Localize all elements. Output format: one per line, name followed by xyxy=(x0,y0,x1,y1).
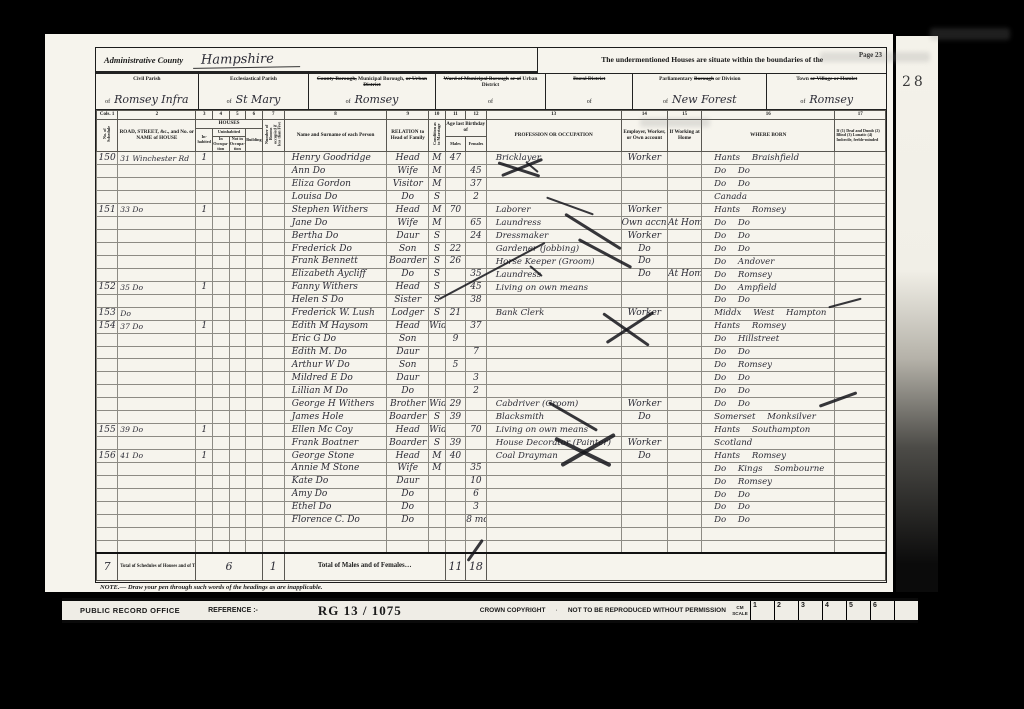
cell-house xyxy=(118,294,196,307)
cell-condition: S xyxy=(429,268,446,281)
column-number-10: 10 xyxy=(429,111,446,120)
cell-house xyxy=(118,501,196,514)
cell-age_m: 47 xyxy=(445,152,466,165)
cell-schedule xyxy=(97,385,118,398)
cell-born: Do Do xyxy=(702,178,835,191)
cell-age_m: 39 xyxy=(445,411,466,424)
cell-infirmity xyxy=(835,514,886,527)
cell-born: Do Do xyxy=(702,488,835,501)
column-number-5: 5 xyxy=(229,111,246,120)
cell-house xyxy=(118,191,196,204)
cell-age_f xyxy=(466,437,487,450)
cell-infirmity xyxy=(835,243,886,256)
cell-name: Ethel Do xyxy=(284,501,387,514)
cell-age_f: 37 xyxy=(466,178,487,191)
cell-name: Mildred E Do xyxy=(284,372,387,385)
census-row: Arthur W DoSon5Do Romsey xyxy=(97,359,886,372)
col-age-group: Age last Birthday of xyxy=(445,120,486,137)
cell-employer xyxy=(621,359,668,372)
cell-age_m: 29 xyxy=(445,398,466,411)
cell-rooms xyxy=(262,385,284,398)
cell-infirmity xyxy=(835,411,886,424)
cell-building xyxy=(246,178,263,191)
cell-inhabited: 1 xyxy=(196,281,213,294)
cell-house: 35 Do xyxy=(118,281,196,294)
cell-age_m: 9 xyxy=(445,333,466,346)
cell-occupation xyxy=(486,488,621,501)
cell-occupation: Blacksmith xyxy=(486,411,621,424)
cell-employer xyxy=(621,488,668,501)
cell-rooms xyxy=(262,243,284,256)
situate-text: The undermentioned Houses are situate wi… xyxy=(601,55,823,64)
cell-house xyxy=(118,346,196,359)
cm-scale-tick-empty xyxy=(894,601,918,620)
cell-age_m xyxy=(445,462,466,475)
cell-infirmity xyxy=(835,320,886,333)
cell-name: Florence C. Do xyxy=(284,514,387,527)
cell-not_in_occ xyxy=(229,268,246,281)
cell-house: Do xyxy=(118,307,196,320)
cell-employer: Do xyxy=(621,411,668,424)
col-schedule-no: No. of Schedule xyxy=(97,120,118,152)
census-row xyxy=(97,540,886,553)
cell-born: Do Do xyxy=(702,230,835,243)
census-row: Ethel DoDo3Do Do xyxy=(97,501,886,514)
cell-occupation xyxy=(486,462,621,475)
cell-relation: Boarder xyxy=(387,411,429,424)
cell-age_f xyxy=(466,307,487,320)
cell-age_f xyxy=(466,204,487,217)
cell-condition: Wid xyxy=(429,424,446,437)
cell-building xyxy=(246,165,263,178)
column-number-3: 3 xyxy=(196,111,213,120)
of-prefix: of xyxy=(663,99,668,105)
cell-at_home xyxy=(668,424,702,437)
cell-relation: Wife xyxy=(387,462,429,475)
cell-born: Do Andover xyxy=(702,255,835,268)
census-row: 15235 Do1Fanny WithersHeadS45Living on o… xyxy=(97,281,886,294)
cell-relation: Head xyxy=(387,450,429,463)
cell-house xyxy=(118,243,196,256)
cell-in_occ xyxy=(212,475,229,488)
cell-relation: Son xyxy=(387,243,429,256)
cell-house xyxy=(118,268,196,281)
of-prefix: of xyxy=(346,99,351,105)
cell-name: Ann Do xyxy=(284,165,387,178)
cell-inhabited xyxy=(196,359,213,372)
cell-age_f: 70 xyxy=(466,424,487,437)
cell-relation: Head xyxy=(387,204,429,217)
cell-rooms xyxy=(262,488,284,501)
cell-infirmity xyxy=(835,230,886,243)
cell-born xyxy=(702,540,835,553)
census-row: 15437 Do1Edith M HaysomHeadWid37Hants Ro… xyxy=(97,320,886,333)
cell-infirmity xyxy=(835,372,886,385)
cell-in_occ xyxy=(212,514,229,527)
cell-age_f xyxy=(466,359,487,372)
census-row: Mildred E DoDaur3Do Do xyxy=(97,372,886,385)
cell-inhabited xyxy=(196,475,213,488)
census-table: Cols. 1234567891011121314151617 No. of S… xyxy=(96,110,886,581)
cell-infirmity xyxy=(835,462,886,475)
census-row: Edith M. DoDaur7Do Do xyxy=(97,346,886,359)
cell-name: James Hole xyxy=(284,411,387,424)
margin-stamp: 28 xyxy=(902,74,926,90)
cell-employer xyxy=(621,294,668,307)
parish-section-handwriting: Romsey xyxy=(355,93,399,106)
cell-employer: Do xyxy=(621,243,668,256)
parish-section-label: Parliamentary Borough or Division xyxy=(633,74,766,82)
cell-condition: S xyxy=(429,230,446,243)
cell-inhabited xyxy=(196,437,213,450)
cell-in_occ xyxy=(212,204,229,217)
cell-born: Hants Romsey xyxy=(702,320,835,333)
cell-not_in_occ xyxy=(229,372,246,385)
cell-building xyxy=(246,217,263,230)
col-road: ROAD, STREET, &c., and No. or NAME of HO… xyxy=(118,120,196,152)
cell-relation: Do xyxy=(387,488,429,501)
cell-building xyxy=(246,514,263,527)
cell-relation: Head xyxy=(387,152,429,165)
cell-building xyxy=(246,488,263,501)
enumeration-form: Administrative County Hampshire The unde… xyxy=(95,47,887,583)
cell-age_m xyxy=(445,514,466,527)
parish-section-label: County Borough, Municipal Borough, or Ur… xyxy=(309,74,434,89)
cell-name: Louisa Do xyxy=(284,191,387,204)
cell-born: Do Do xyxy=(702,514,835,527)
cell-relation: Daur xyxy=(387,372,429,385)
cell-not_in_occ xyxy=(229,488,246,501)
cell-age_f: 65 xyxy=(466,217,487,230)
pro-office-label: PUBLIC RECORD OFFICE xyxy=(80,606,180,615)
cell-building xyxy=(246,346,263,359)
cell-inhabited xyxy=(196,165,213,178)
of-prefix: of xyxy=(227,99,232,105)
cell-schedule xyxy=(97,411,118,424)
cell-schedule xyxy=(97,475,118,488)
cell-inhabited xyxy=(196,268,213,281)
cell-occupation xyxy=(486,501,621,514)
cell-rooms xyxy=(262,501,284,514)
cell-not_in_occ xyxy=(229,501,246,514)
cell-condition xyxy=(429,514,446,527)
col-uninhabited-group: Uninhabited xyxy=(212,129,245,137)
cell-name: Amy Do xyxy=(284,488,387,501)
cell-infirmity xyxy=(835,527,886,540)
cell-rooms xyxy=(262,372,284,385)
cell-relation: Son xyxy=(387,359,429,372)
cell-name: George Stone xyxy=(284,450,387,463)
cell-inhabited xyxy=(196,333,213,346)
facing-page-strip: 28 xyxy=(896,36,938,592)
cell-age_m xyxy=(445,268,466,281)
cell-at_home xyxy=(668,514,702,527)
cell-infirmity xyxy=(835,424,886,437)
cell-inhabited xyxy=(196,255,213,268)
cell-in_occ xyxy=(212,527,229,540)
parish-section-1: Civil Parishof Romsey Infra xyxy=(96,74,199,109)
cell-age_f xyxy=(466,255,487,268)
parish-section-label: Ecclesiastical Parish xyxy=(199,74,309,82)
of-prefix: of xyxy=(488,99,493,105)
cell-relation: Wife xyxy=(387,165,429,178)
totals-label: Total of Schedules of Houses and of Tene… xyxy=(118,553,196,580)
column-number-6: 6 xyxy=(246,111,263,120)
cell-infirmity xyxy=(835,268,886,281)
cm-scale: CM SCALE 123456 xyxy=(730,601,918,620)
cell-infirmity xyxy=(835,217,886,230)
cell-inhabited xyxy=(196,294,213,307)
cell-employer xyxy=(621,165,668,178)
cell-rooms xyxy=(262,191,284,204)
cell-occupation xyxy=(486,333,621,346)
cell-house xyxy=(118,255,196,268)
cm-scale-tick: 1 xyxy=(750,601,774,620)
cell-at_home: At Home xyxy=(668,268,702,281)
cell-age_m: 5 xyxy=(445,359,466,372)
cell-condition: M xyxy=(429,450,446,463)
totals-schedules: 7 xyxy=(97,553,118,580)
cell-schedule xyxy=(97,514,118,527)
cell-not_in_occ xyxy=(229,411,246,424)
parish-section-5: Rural Districtof xyxy=(546,74,633,109)
of-prefix: of xyxy=(587,99,592,105)
cell-condition: S xyxy=(429,437,446,450)
cell-in_occ xyxy=(212,294,229,307)
cell-at_home xyxy=(668,346,702,359)
cell-age_f: 38 xyxy=(466,294,487,307)
cell-inhabited xyxy=(196,462,213,475)
cell-in_occ xyxy=(212,437,229,450)
cell-inhabited xyxy=(196,527,213,540)
cell-relation: Daur xyxy=(387,475,429,488)
census-row: 153DoFrederick W. LushLodgerS21Bank Cler… xyxy=(97,307,886,320)
cell-house xyxy=(118,540,196,553)
cell-in_occ xyxy=(212,372,229,385)
cell-inhabited xyxy=(196,411,213,424)
col-name: Name and Surname of each Person xyxy=(284,120,387,152)
cell-born: Hants Braishfield xyxy=(702,152,835,165)
cell-name: Henry Goodridge xyxy=(284,152,387,165)
cell-in_occ xyxy=(212,488,229,501)
cell-age_m xyxy=(445,424,466,437)
cell-infirmity xyxy=(835,294,886,307)
cell-relation: Do xyxy=(387,385,429,398)
cell-inhabited xyxy=(196,501,213,514)
cell-born: Hants Romsey xyxy=(702,450,835,463)
cell-age_m xyxy=(445,320,466,333)
cell-infirmity xyxy=(835,152,886,165)
cell-building xyxy=(246,204,263,217)
cell-in_occ xyxy=(212,178,229,191)
cell-building xyxy=(246,475,263,488)
cell-at_home xyxy=(668,281,702,294)
parish-section-7: Town or Village or Hamletof Romsey xyxy=(767,74,886,109)
cell-relation: Son xyxy=(387,333,429,346)
cell-at_home xyxy=(668,320,702,333)
cell-born: Do Do xyxy=(702,346,835,359)
cell-house xyxy=(118,230,196,243)
cell-age_f: 3 xyxy=(466,501,487,514)
cell-age_m xyxy=(445,501,466,514)
cell-house xyxy=(118,488,196,501)
col-occupation: PROFESSION OR OCCUPATION xyxy=(486,120,621,152)
census-row: Kate DoDaur10Do Romsey xyxy=(97,475,886,488)
cell-inhabited xyxy=(196,191,213,204)
parish-section-value: of Romsey xyxy=(309,90,434,108)
cell-employer: Do xyxy=(621,268,668,281)
pro-reference-label: REFERENCE :- xyxy=(208,607,258,614)
cell-infirmity xyxy=(835,191,886,204)
cell-infirmity xyxy=(835,346,886,359)
cell-building xyxy=(246,320,263,333)
column-number-17: 17 xyxy=(835,111,886,120)
cell-infirmity xyxy=(835,501,886,514)
cell-building xyxy=(246,372,263,385)
cell-relation: Daur xyxy=(387,346,429,359)
cell-condition: S xyxy=(429,191,446,204)
pro-separator: · xyxy=(555,607,557,614)
cell-age_m: 21 xyxy=(445,307,466,320)
cell-rooms xyxy=(262,359,284,372)
cell-at_home xyxy=(668,462,702,475)
cell-house xyxy=(118,178,196,191)
smudge xyxy=(930,28,1010,40)
cell-relation: Boarder xyxy=(387,437,429,450)
cell-rooms xyxy=(262,230,284,243)
cell-employer xyxy=(621,462,668,475)
cell-infirmity xyxy=(835,488,886,501)
cell-not_in_occ xyxy=(229,320,246,333)
cell-condition: Wid xyxy=(429,398,446,411)
cell-schedule xyxy=(97,333,118,346)
cell-condition: S xyxy=(429,307,446,320)
cell-condition: M xyxy=(429,217,446,230)
cell-condition: M xyxy=(429,462,446,475)
census-scan-page: { "page": { "margin_stamp": "28" }, "hea… xyxy=(0,0,1024,709)
cell-born: Hants Romsey xyxy=(702,204,835,217)
cell-occupation: Laundress xyxy=(486,217,621,230)
cell-occupation xyxy=(486,294,621,307)
cell-born: Do Do xyxy=(702,501,835,514)
cell-name: Eliza Gordon xyxy=(284,178,387,191)
cell-inhabited xyxy=(196,178,213,191)
admin-county-row: Administrative County Hampshire The unde… xyxy=(96,48,886,74)
cell-building xyxy=(246,437,263,450)
cell-building xyxy=(246,268,263,281)
cell-building xyxy=(246,462,263,475)
cell-house: 37 Do xyxy=(118,320,196,333)
cell-building xyxy=(246,424,263,437)
cell-schedule xyxy=(97,488,118,501)
cm-scale-tick: 2 xyxy=(774,601,798,620)
cell-at_home xyxy=(668,385,702,398)
cell-in_occ xyxy=(212,462,229,475)
form-note: NOTE.— Draw your pen through such words … xyxy=(100,584,322,591)
parish-section-handwriting: St Mary xyxy=(236,93,281,106)
cell-age_f: 37 xyxy=(466,320,487,333)
census-row: Bertha DoDaurS24DressmakerWorkerDo Do xyxy=(97,230,886,243)
cell-inhabited xyxy=(196,243,213,256)
cell-occupation xyxy=(486,346,621,359)
cell-in_occ xyxy=(212,165,229,178)
cell-schedule: 155 xyxy=(97,424,118,437)
cell-at_home xyxy=(668,243,702,256)
cell-not_in_occ xyxy=(229,527,246,540)
cell-not_in_occ xyxy=(229,475,246,488)
parish-section-value: of xyxy=(436,90,546,108)
cell-born: Do Romsey xyxy=(702,268,835,281)
cell-condition xyxy=(429,359,446,372)
census-row: Lillian M DoDo2Do Do xyxy=(97,385,886,398)
admin-county-label: Administrative County xyxy=(104,55,183,65)
cell-rooms xyxy=(262,204,284,217)
column-number-1: Cols. 1 xyxy=(97,111,118,120)
cell-house xyxy=(118,411,196,424)
column-number-9: 9 xyxy=(387,111,429,120)
cell-in_occ xyxy=(212,281,229,294)
cell-building xyxy=(246,359,263,372)
col-born: WHERE BORN xyxy=(702,120,835,152)
census-row: Frank BennettBoarderS26Horse Keeper (Gro… xyxy=(97,255,886,268)
table-head: Cols. 1234567891011121314151617 No. of S… xyxy=(97,111,886,152)
cell-building xyxy=(246,527,263,540)
column-number-4: 4 xyxy=(212,111,229,120)
cell-at_home xyxy=(668,333,702,346)
cell-schedule: 153 xyxy=(97,307,118,320)
cell-employer xyxy=(621,424,668,437)
cell-schedule xyxy=(97,372,118,385)
cell-relation: Head xyxy=(387,281,429,294)
cell-occupation: Laundress xyxy=(486,268,621,281)
cell-age_m: 70 xyxy=(445,204,466,217)
cell-house xyxy=(118,527,196,540)
cell-in_occ xyxy=(212,540,229,553)
cell-rooms xyxy=(262,514,284,527)
cell-name: Edith M Haysom xyxy=(284,320,387,333)
cell-inhabited xyxy=(196,514,213,527)
cell-employer xyxy=(621,514,668,527)
cell-building xyxy=(246,540,263,553)
cell-not_in_occ xyxy=(229,178,246,191)
cell-age_m: 26 xyxy=(445,255,466,268)
cell-occupation xyxy=(486,359,621,372)
cell-not_in_occ xyxy=(229,398,246,411)
cell-age_m xyxy=(445,294,466,307)
cell-schedule xyxy=(97,255,118,268)
census-row: Amy DoDo6Do Do xyxy=(97,488,886,501)
cell-infirmity xyxy=(835,165,886,178)
cell-rooms xyxy=(262,294,284,307)
cell-employer: Worker xyxy=(621,230,668,243)
census-row: Annie M StoneWifeM35Do Kings Sombourne xyxy=(97,462,886,475)
cell-employer: Worker xyxy=(621,398,668,411)
cell-relation: Do xyxy=(387,501,429,514)
cell-born: Do Do xyxy=(702,398,835,411)
cell-occupation xyxy=(486,527,621,540)
cell-building xyxy=(246,411,263,424)
parish-section-3: County Borough, Municipal Borough, or Ur… xyxy=(309,74,435,109)
cell-rooms xyxy=(262,398,284,411)
cell-born: Do Ampfield xyxy=(702,281,835,294)
cell-in_occ xyxy=(212,450,229,463)
totals-houses: 6 xyxy=(196,553,262,580)
cell-name: Lillian M Do xyxy=(284,385,387,398)
cell-name xyxy=(284,527,387,540)
cell-not_in_occ xyxy=(229,191,246,204)
cell-not_in_occ xyxy=(229,152,246,165)
cell-age_f xyxy=(466,398,487,411)
